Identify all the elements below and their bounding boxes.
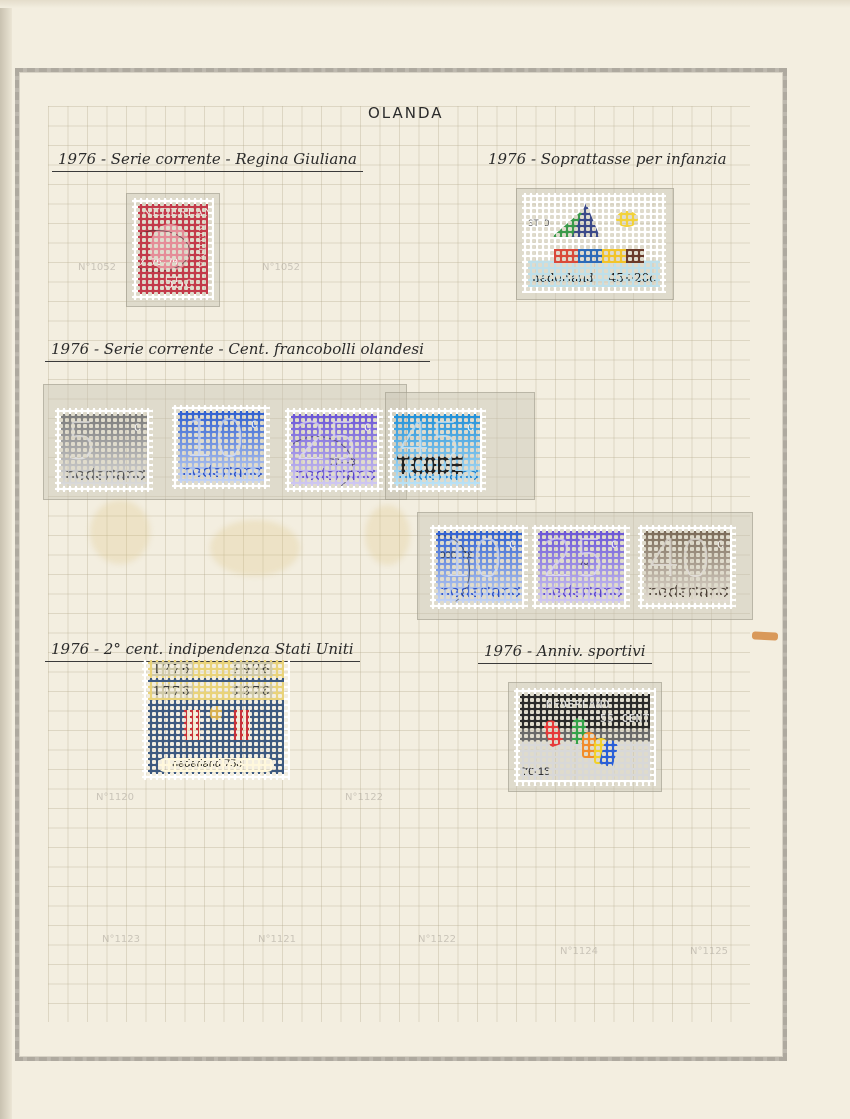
stamp-unit: c [251,415,258,431]
tape-fragment [752,631,778,640]
stamp-us-bicentennial[interactable]: 1776 1976 1776 1976 nederland 75c [142,660,290,780]
stamp-value: 75c [224,758,242,770]
year-right: 1976 [232,684,273,698]
stamp-unit: c [134,418,141,434]
hull-blue [578,249,602,263]
catalogue-note: N°1125 [690,946,728,957]
stamp-value: 5 [65,414,96,470]
stamp-value: 55c [164,273,193,292]
stamp-value: 40 [648,531,710,587]
stamp-unit: c [509,535,516,551]
stamp-country: nederland [172,758,221,770]
section-heading-us-bicentennial: 1976 - 2° cent. indipendenza Stati Uniti [45,640,360,662]
catalogue-note: N°1052 [78,262,116,273]
perfin-overprint: TCODE [396,452,463,480]
stamp-numeral-25c-coil[interactable]: 25 c nederland 78 [532,525,630,609]
postmark-text: ST D [528,219,550,229]
catalogue-note: N°1124 [560,946,598,957]
hull-red [554,249,578,263]
postmark-text: X.76-70 [140,258,178,268]
country-title: OLANDA [368,104,444,122]
catalogue-note: N°1052 [262,262,300,273]
stamp-side-text: REGINA [196,224,206,268]
catalogue-note: N°1122 [345,792,383,803]
year-left: 1776 [152,684,193,698]
stamp-numeral-10c[interactable]: 10 c nederland [172,405,270,489]
flag [234,710,250,740]
year-right: 1976 [232,662,273,676]
eagle [210,706,222,720]
stamp-numeral-40c-coil[interactable]: 40 c nederland [638,525,736,609]
hull-yellow [602,249,626,263]
stain [210,520,300,576]
postmark-text: 76-15 [522,766,550,778]
stamp-unit: c [717,535,724,551]
stamp-country: NEDERLAND [142,206,208,219]
stamp-regina-juliana[interactable]: NEDERLAND REGINA 55c X.76-70 [132,198,214,300]
section-heading-definitives: 1976 - Serie corrente - Cent. francoboll… [45,340,430,362]
stain [90,500,150,564]
section-heading-child-welfare: 1976 - Soprattasse per infanzia [482,150,733,171]
postmark-text: 77--0 [329,458,356,468]
stamp-country: nederland [182,462,263,481]
stamp-text-line1: NEDERLAND [546,698,610,711]
stamp-numeral-10c-coil[interactable]: 10 c nederland OOR 78 [430,525,528,609]
catalogue-note: N°1123 [102,934,140,945]
page-edge-shadow [0,0,12,1119]
stamp-child-welfare[interactable]: nederland 45+20c ST D [522,193,666,293]
section-heading-regina: 1976 - Serie corrente - Regina Giuliana [52,150,363,172]
stamp-label-bar: nederland 75c [158,758,274,772]
hull-brown [626,249,644,263]
catalogue-note: N°1122 [418,934,456,945]
sun [616,211,638,227]
page-top-shadow [0,0,850,8]
stain [365,505,410,565]
stamp-country: nederland [532,271,594,285]
stamp-unit: c [364,418,371,434]
stamp-value: 10 [182,411,244,467]
stamp-sports-anniversary[interactable]: NEDERLAND 55 CENT 76-15 [514,688,656,786]
stamp-country: nederland [648,582,729,601]
catalogue-note: N°1120 [96,792,134,803]
stamp-value: 25 [542,531,604,587]
section-heading-sports: 1976 - Anniv. sportivi [478,642,652,664]
flag [184,710,200,740]
stamp-numeral-5c[interactable]: 5 c nederland [55,408,153,492]
stamp-numeral-45c[interactable]: 45 c nederland TCODE [388,408,486,492]
stamp-numeral-25c[interactable]: 25 c nederland 77--0 [285,408,383,492]
stamp-unit: c [467,418,474,434]
stamp-country: nederland [542,582,623,601]
stamp-value: 45+20c [609,271,656,285]
stamp-unit: c [611,535,618,551]
runner-red [542,718,564,747]
postmark-text: 78 [578,561,589,571]
stamp-country: nederland [65,465,146,484]
stamp-text-line2: 55 CENT [600,712,650,725]
year-left: 1776 [152,662,193,676]
postmark-text: OOR 78 [440,551,473,561]
catalogue-note: N°1121 [258,934,296,945]
